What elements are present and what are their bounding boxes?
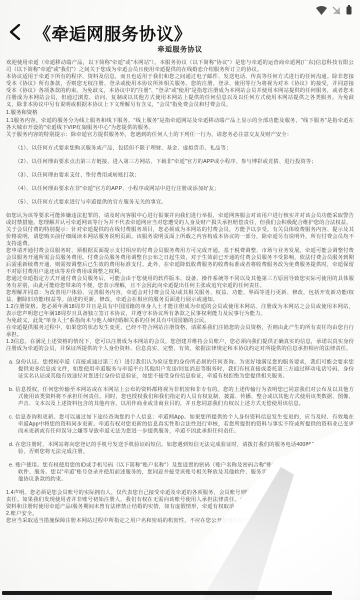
doc-paragraph: 欢迎使用牵逅（牵逅移动端产品，以下简称"牵逅"或"本网站"）。本服务协议（以下简… <box>6 59 354 73</box>
doc-paragraph: 如您认为该等要求可能涉嫌违法犯罪的，请及时向客服中心进行报案并向我们进行举报，牵… <box>6 212 354 226</box>
doc-lettered-item: d. 在您注册时，本网站将向您登记的手机号发送手机验证码短信。如您遇到短信无法完… <box>9 441 354 455</box>
doc-paragraph: 您理解并同意：为改善用户体验、完善服务内容，牵逅会对付费会员及/或其相关服务、权… <box>6 289 354 303</box>
doc-paragraph: 1.4声明。您必须是您会员账号的实际拥有人，仅代表您自己接受牵逅及牵逅的各项服务… <box>6 489 354 510</box>
doc-paragraph: 您申请开通付费会员服务时，须根据页面提示支付相应的付费会员服务费用方可完成开通。… <box>6 247 354 275</box>
page-header: 《牵逅网服务协议》 <box>0 18 360 46</box>
doc-paragraph: 您应当采取适当措施保障注册本网站过程中所指定之用户名和密码的机密性，不应在您公开… <box>6 517 354 524</box>
status-bar <box>0 0 360 17</box>
document-scroll-area[interactable]: 牵逅服务协议 欢迎使用牵逅（牵逅移动端产品，以下简称"牵逅"或"本网站"）。本服… <box>0 42 360 594</box>
back-chevron-icon <box>9 24 21 40</box>
doc-lettered-item: e. 账户使用。您有权使用您的ID或手机号码（以下简称"账户名称"）及您设置的密… <box>9 462 354 483</box>
doc-lettered-item: c. 信息查询和更新。您可以通过如下途径查询您的个人信息：牵逅网App。如果您所… <box>9 414 354 435</box>
doc-paragraph: 1.1服务内容。牵逅的服务分为线上服务和线下服务。"线上服务"是指牵逅网站及牵逅… <box>6 117 354 131</box>
wifi-icon <box>316 6 327 15</box>
document-body: 欢迎使用牵逅（牵逅移动端产品，以下简称"牵逅"或"本网站"）。本服务协议（以下简… <box>6 59 354 524</box>
doc-paragraph: 您通过牵逅指定方式开通付费会员服务后，可能会由于您使用的软件版本、设备、操作系统… <box>6 275 354 289</box>
doc-paragraph: 在牵逅提供服务过程中，如果您的状态发生变更，已经不符合网站注册资格，请联系我们注… <box>6 324 354 338</box>
doc-list-item: （4）、以任何理由要求在非"牵逅"官方的APP、小程序或网站中进行注册或添加好友… <box>15 185 354 192</box>
doc-section-heading: 1.服务和资格 <box>6 109 354 116</box>
doc-list-item: （3）、以任何理由要求支付、垫付费用或转账打款； <box>15 172 354 179</box>
battery-icon <box>346 5 352 15</box>
doc-paragraph: 1.2注册资格。您必须年满18周岁并且是具有中国国籍的单身人士才能注册成为牵逅的… <box>6 303 354 317</box>
back-button[interactable] <box>0 19 30 45</box>
doc-paragraph: 为免歧义，此处"单身人士"系指尚未与他人缔结婚姻关系的任何具有中国国籍的公民。 <box>6 317 354 324</box>
bottom-edge-bar <box>2 591 332 595</box>
doc-paragraph: 关于服务内容的特别提示：除牵逅官方提供服务外，您遇到的任何人士的下列任一行为，请… <box>6 131 354 138</box>
doc-lettered-item: a. 身份认证。您授权牵逅（直接或通过第三方）进行我们认为验证您的身份所必须的任… <box>9 359 354 380</box>
doc-list-item: （1）、以任何方式要求您购买服务或产品，包括但不限于理财、基金、虚拟货币、礼品等… <box>15 145 354 152</box>
doc-list-item: （2）、以任何理由要求点击第三方链接、进入第三方网站、下载非"牵逅"官方的APP… <box>15 158 354 165</box>
doc-paragraph: 2.账户安全。 <box>6 510 354 517</box>
doc-paragraph: 关于会员付费的特别提示：针对牵逅提供的在线付费服务项目，您必须成为本网站的付费会… <box>6 226 354 247</box>
doc-paragraph: 本协议适用于牵逅下所有的程序、资料及信息，而且也适用于我们和您之间通过电子邮件、… <box>6 73 354 108</box>
no-signal-icon <box>332 6 341 15</box>
doc-paragraph: 1.3信息。在满足上述资格的情况下，您可以注册成为本网站的会员。您创建并维持会员… <box>6 338 354 352</box>
page-title: 《牵逅网服务协议》 <box>34 20 192 45</box>
doc-list-item: （5）、以任何方式要求进行与牵逅提供的官方服务无关的事宜。 <box>15 199 354 206</box>
doc-lettered-item: b. 信息授权。任何您传输至本网站或在本网站上公布的资料都将视为非机密和非专有的… <box>9 386 354 407</box>
